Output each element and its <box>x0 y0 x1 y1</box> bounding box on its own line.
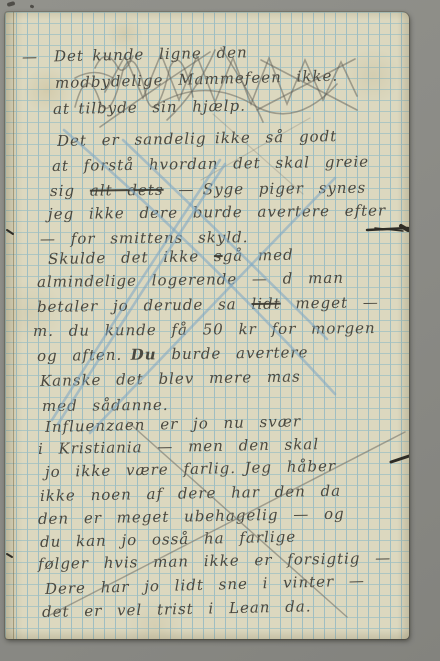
handwriting-line: almindelige logerende — d man <box>37 269 344 292</box>
manuscript-page: — Det kunde ligne denmodbydelige Mammefe… <box>5 12 409 639</box>
handwriting-line: — for smittens skyld. <box>40 228 249 249</box>
handwriting-layer: — Det kunde ligne denmodbydelige Mammefe… <box>5 12 409 639</box>
handwriting-line: Kanske det blev mere mas <box>40 367 301 391</box>
handwriting-line: modbydelige Mammefeen ikke. <box>55 67 339 93</box>
handwriting-line: Influenzaen er jo nu svær <box>45 412 301 437</box>
handwriting-line: betaler jo derude sa lidt meget — <box>37 293 379 317</box>
handwriting-line: Dere har jo lidt sne i vinter — <box>45 572 365 599</box>
handwriting-line: med sådanne. <box>42 396 169 416</box>
handwriting-line: den er meget ubehagelig — og <box>38 505 345 529</box>
handwriting-line: ikke noen af dere har den da <box>40 482 341 506</box>
handwriting-line: i Kristiania — men den skal <box>38 435 319 459</box>
handwriting-line: jo ikke være farlig. Jeg håber <box>45 457 336 482</box>
photo-speck <box>7 1 16 7</box>
handwriting-line: og aften. Du burde avertere <box>37 343 309 366</box>
photo-speck <box>30 4 35 8</box>
handwriting-line: det er vel trist i Lean da. <box>42 597 312 622</box>
handwriting-line: sig alt dets — Syge piger synes <box>50 179 366 201</box>
handwriting-line: — Det kunde ligne den <box>22 43 248 67</box>
handwriting-line: Det er sandelig ikke så godt <box>57 127 338 151</box>
handwriting-line: du kan jo osså ha farlige <box>40 528 297 552</box>
handwriting-line: Skulde det ikke sgå med <box>48 246 294 269</box>
handwriting-line: at tilbyde sin hjælp. <box>53 97 246 119</box>
photo-background: { "scene": { "background_color": "#8c8c8… <box>0 0 440 661</box>
handwriting-line: at forstå hvordan det skal greie <box>52 153 369 176</box>
handwriting-line: jeg ikke dere burde avertere efter <box>48 201 386 224</box>
handwriting-line: m. du kunde få 50 kr for morgen <box>33 319 376 341</box>
handwriting-line: følger hvis man ikke er forsigtig — <box>38 549 392 574</box>
